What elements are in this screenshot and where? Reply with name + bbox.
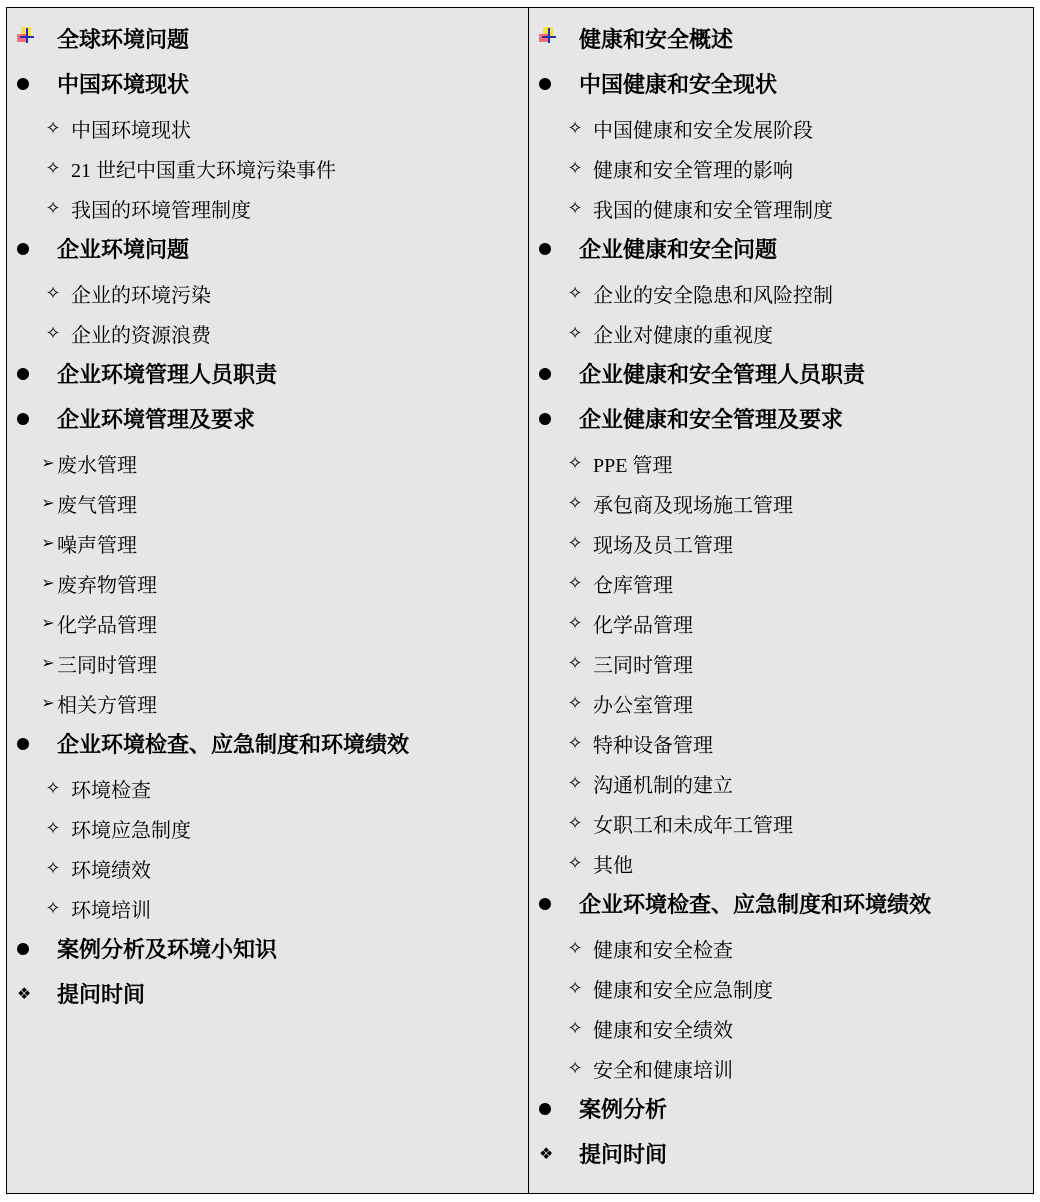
section-heading: 企业健康和安全管理人员职责 bbox=[529, 353, 865, 393]
subsection-item: ✧21 世纪中国重大环境污染事件 bbox=[7, 148, 336, 188]
item-text: 企业环境检查、应急制度和环境绩效 bbox=[57, 728, 409, 759]
item-text: 沟通机制的建立 bbox=[593, 769, 733, 798]
star-bullet-icon: ✧ bbox=[557, 653, 593, 674]
item-text: 企业健康和安全管理及要求 bbox=[579, 403, 843, 434]
dot-bullet-icon bbox=[17, 731, 57, 756]
item-text: 环境培训 bbox=[71, 894, 151, 923]
subsection-item: ✧三同时管理 bbox=[529, 643, 693, 683]
item-text: 健康和安全绩效 bbox=[593, 1014, 733, 1043]
dot-bullet-icon bbox=[17, 361, 57, 386]
item-text: 环境绩效 bbox=[71, 854, 151, 883]
star-bullet-icon: ✧ bbox=[557, 323, 593, 344]
arrow-bullet-icon: ➢ bbox=[39, 693, 57, 713]
dot-bullet-icon bbox=[539, 361, 579, 386]
item-text: 女职工和未成年工管理 bbox=[593, 809, 793, 838]
subsection-item: ✧中国环境现状 bbox=[7, 108, 191, 148]
subsection-item: ✧化学品管理 bbox=[529, 603, 693, 643]
item-text: 环境应急制度 bbox=[71, 814, 191, 843]
star-bullet-icon: ✧ bbox=[557, 853, 593, 874]
subsection-item: ✧特种设备管理 bbox=[529, 723, 713, 763]
subsection-item: ✧办公室管理 bbox=[529, 683, 693, 723]
item-text: 健康和安全管理的影响 bbox=[593, 154, 793, 183]
star-bullet-icon: ✧ bbox=[35, 858, 71, 879]
subsection-item: ✧企业的资源浪费 bbox=[7, 313, 211, 353]
arrow-bullet-icon: ➢ bbox=[39, 573, 57, 593]
star-bullet-icon: ✧ bbox=[557, 1018, 593, 1039]
arrow-bullet-icon: ➢ bbox=[39, 653, 57, 673]
dot-bullet-icon bbox=[539, 1096, 579, 1121]
subsection-item: ✧仓库管理 bbox=[529, 563, 673, 603]
item-text: 办公室管理 bbox=[593, 689, 693, 718]
item-text: 化学品管理 bbox=[57, 609, 157, 638]
section-heading: 企业环境问题 bbox=[7, 228, 189, 268]
section-heading: 企业健康和安全问题 bbox=[529, 228, 777, 268]
section-heading: 企业环境检查、应急制度和环境绩效 bbox=[529, 883, 931, 923]
item-text: 企业环境管理及要求 bbox=[57, 403, 255, 434]
item-text: 案例分析 bbox=[579, 1093, 667, 1124]
subsection-item: ✧中国健康和安全发展阶段 bbox=[529, 108, 813, 148]
item-text: 废弃物管理 bbox=[57, 569, 157, 598]
star-bullet-icon: ✧ bbox=[557, 773, 593, 794]
section-heading: 企业环境管理人员职责 bbox=[7, 353, 277, 393]
star-bullet-icon: ✧ bbox=[557, 533, 593, 554]
section-heading: ❖提问时间 bbox=[7, 973, 145, 1013]
item-text: 健康和安全概述 bbox=[579, 23, 733, 54]
four-diamond-bullet-icon: ❖ bbox=[539, 1144, 579, 1163]
subsection-item: ✧企业的环境污染 bbox=[7, 273, 211, 313]
star-bullet-icon: ✧ bbox=[35, 778, 71, 799]
section-heading: 企业环境检查、应急制度和环境绩效 bbox=[7, 723, 409, 763]
subsection-item: ✧其他 bbox=[529, 843, 633, 883]
star-bullet-icon: ✧ bbox=[557, 733, 593, 754]
subsection-item: ➢相关方管理 bbox=[7, 683, 157, 723]
item-text: 仓库管理 bbox=[593, 569, 673, 598]
star-bullet-icon: ✧ bbox=[557, 158, 593, 179]
item-text: 企业环境管理人员职责 bbox=[57, 358, 277, 389]
subsection-item: ✧健康和安全管理的影响 bbox=[529, 148, 793, 188]
item-text: 案例分析及环境小知识 bbox=[57, 933, 277, 964]
item-text: PPE 管理 bbox=[593, 449, 672, 478]
section-heading: 案例分析 bbox=[529, 1088, 667, 1128]
subsection-item: ✧PPE 管理 bbox=[529, 443, 672, 483]
subsection-item: ✧我国的环境管理制度 bbox=[7, 188, 251, 228]
outline-table: 全球环境问题中国环境现状✧中国环境现状✧21 世纪中国重大环境污染事件✧我国的环… bbox=[6, 7, 1034, 1194]
star-bullet-icon: ✧ bbox=[557, 613, 593, 634]
star-bullet-icon: ✧ bbox=[557, 978, 593, 999]
item-text: 中国环境现状 bbox=[71, 114, 191, 143]
star-bullet-icon: ✧ bbox=[557, 198, 593, 219]
item-text: 环境检查 bbox=[71, 774, 151, 803]
item-text: 企业的环境污染 bbox=[71, 279, 211, 308]
section-heading: 案例分析及环境小知识 bbox=[7, 928, 277, 968]
subsection-item: ✧女职工和未成年工管理 bbox=[529, 803, 793, 843]
item-text: 提问时间 bbox=[579, 1138, 667, 1169]
item-text: 相关方管理 bbox=[57, 689, 157, 718]
flag-bullet-icon bbox=[539, 25, 579, 51]
star-bullet-icon: ✧ bbox=[35, 158, 71, 179]
star-bullet-icon: ✧ bbox=[557, 938, 593, 959]
dot-bullet-icon bbox=[17, 236, 57, 261]
subsection-item: ✧承包商及现场施工管理 bbox=[529, 483, 793, 523]
subsection-item: ✧环境应急制度 bbox=[7, 808, 191, 848]
subsection-item: ✧健康和安全绩效 bbox=[529, 1008, 733, 1048]
item-text: 企业的资源浪费 bbox=[71, 319, 211, 348]
item-text: 我国的环境管理制度 bbox=[71, 194, 251, 223]
environment-column: 全球环境问题中国环境现状✧中国环境现状✧21 世纪中国重大环境污染事件✧我国的环… bbox=[7, 8, 529, 1193]
item-text: 企业环境问题 bbox=[57, 233, 189, 264]
star-bullet-icon: ✧ bbox=[557, 453, 593, 474]
subsection-item: ✧企业的安全隐患和风险控制 bbox=[529, 273, 833, 313]
subsection-item: ✧健康和安全检查 bbox=[529, 928, 733, 968]
star-bullet-icon: ✧ bbox=[557, 693, 593, 714]
subsection-item: ✧沟通机制的建立 bbox=[529, 763, 733, 803]
item-text: 废水管理 bbox=[57, 449, 137, 478]
item-text: 我国的健康和安全管理制度 bbox=[593, 194, 833, 223]
section-heading: 健康和安全概述 bbox=[529, 18, 733, 58]
section-heading: 企业环境管理及要求 bbox=[7, 398, 255, 438]
item-text: 全球环境问题 bbox=[57, 23, 189, 54]
item-text: 化学品管理 bbox=[593, 609, 693, 638]
dot-bullet-icon bbox=[539, 406, 579, 431]
four-diamond-bullet-icon: ❖ bbox=[17, 984, 57, 1003]
section-heading: 中国健康和安全现状 bbox=[529, 63, 777, 103]
item-text: 中国健康和安全现状 bbox=[579, 68, 777, 99]
item-text: 中国环境现状 bbox=[57, 68, 189, 99]
subsection-item: ✧环境绩效 bbox=[7, 848, 151, 888]
item-text: 其他 bbox=[593, 849, 633, 878]
section-heading: 全球环境问题 bbox=[7, 18, 189, 58]
subsection-item: ✧安全和健康培训 bbox=[529, 1048, 733, 1088]
subsection-item: ✧健康和安全应急制度 bbox=[529, 968, 773, 1008]
subsection-item: ➢三同时管理 bbox=[7, 643, 157, 683]
item-text: 安全和健康培训 bbox=[593, 1054, 733, 1083]
star-bullet-icon: ✧ bbox=[557, 493, 593, 514]
star-bullet-icon: ✧ bbox=[35, 198, 71, 219]
dot-bullet-icon bbox=[539, 236, 579, 261]
star-bullet-icon: ✧ bbox=[557, 573, 593, 594]
item-text: 健康和安全检查 bbox=[593, 934, 733, 963]
item-text: 废气管理 bbox=[57, 489, 137, 518]
item-text: 噪声管理 bbox=[57, 529, 137, 558]
star-bullet-icon: ✧ bbox=[557, 283, 593, 304]
dot-bullet-icon bbox=[17, 71, 57, 96]
subsection-item: ➢噪声管理 bbox=[7, 523, 137, 563]
item-text: 现场及员工管理 bbox=[593, 529, 733, 558]
item-text: 三同时管理 bbox=[57, 649, 157, 678]
subsection-item: ✧现场及员工管理 bbox=[529, 523, 733, 563]
item-text: 企业健康和安全管理人员职责 bbox=[579, 358, 865, 389]
arrow-bullet-icon: ➢ bbox=[39, 533, 57, 553]
dot-bullet-icon bbox=[17, 406, 57, 431]
dot-bullet-icon bbox=[17, 936, 57, 961]
subsection-item: ✧环境培训 bbox=[7, 888, 151, 928]
star-bullet-icon: ✧ bbox=[557, 1058, 593, 1079]
subsection-item: ➢化学品管理 bbox=[7, 603, 157, 643]
arrow-bullet-icon: ➢ bbox=[39, 613, 57, 633]
dot-bullet-icon bbox=[539, 71, 579, 96]
section-heading: 企业健康和安全管理及要求 bbox=[529, 398, 843, 438]
star-bullet-icon: ✧ bbox=[557, 118, 593, 139]
subsection-item: ✧企业对健康的重视度 bbox=[529, 313, 773, 353]
item-text: 企业的安全隐患和风险控制 bbox=[593, 279, 833, 308]
subsection-item: ➢废弃物管理 bbox=[7, 563, 157, 603]
item-text: 提问时间 bbox=[57, 978, 145, 1009]
section-heading: 中国环境现状 bbox=[7, 63, 189, 103]
subsection-item: ➢废气管理 bbox=[7, 483, 137, 523]
subsection-item: ✧我国的健康和安全管理制度 bbox=[529, 188, 833, 228]
star-bullet-icon: ✧ bbox=[35, 283, 71, 304]
subsection-item: ➢废水管理 bbox=[7, 443, 137, 483]
arrow-bullet-icon: ➢ bbox=[39, 493, 57, 513]
star-bullet-icon: ✧ bbox=[35, 818, 71, 839]
flag-bullet-icon bbox=[17, 25, 57, 51]
item-text: 企业健康和安全问题 bbox=[579, 233, 777, 264]
star-bullet-icon: ✧ bbox=[35, 898, 71, 919]
star-bullet-icon: ✧ bbox=[557, 813, 593, 834]
item-text: 企业对健康的重视度 bbox=[593, 319, 773, 348]
item-text: 健康和安全应急制度 bbox=[593, 974, 773, 1003]
item-text: 21 世纪中国重大环境污染事件 bbox=[71, 154, 336, 183]
star-bullet-icon: ✧ bbox=[35, 323, 71, 344]
health-safety-column: 健康和安全概述中国健康和安全现状✧中国健康和安全发展阶段✧健康和安全管理的影响✧… bbox=[529, 8, 1033, 1193]
star-bullet-icon: ✧ bbox=[35, 118, 71, 139]
item-text: 中国健康和安全发展阶段 bbox=[593, 114, 813, 143]
section-heading: ❖提问时间 bbox=[529, 1133, 667, 1173]
subsection-item: ✧环境检查 bbox=[7, 768, 151, 808]
dot-bullet-icon bbox=[539, 891, 579, 916]
item-text: 特种设备管理 bbox=[593, 729, 713, 758]
arrow-bullet-icon: ➢ bbox=[39, 453, 57, 473]
item-text: 承包商及现场施工管理 bbox=[593, 489, 793, 518]
item-text: 三同时管理 bbox=[593, 649, 693, 678]
item-text: 企业环境检查、应急制度和环境绩效 bbox=[579, 888, 931, 919]
